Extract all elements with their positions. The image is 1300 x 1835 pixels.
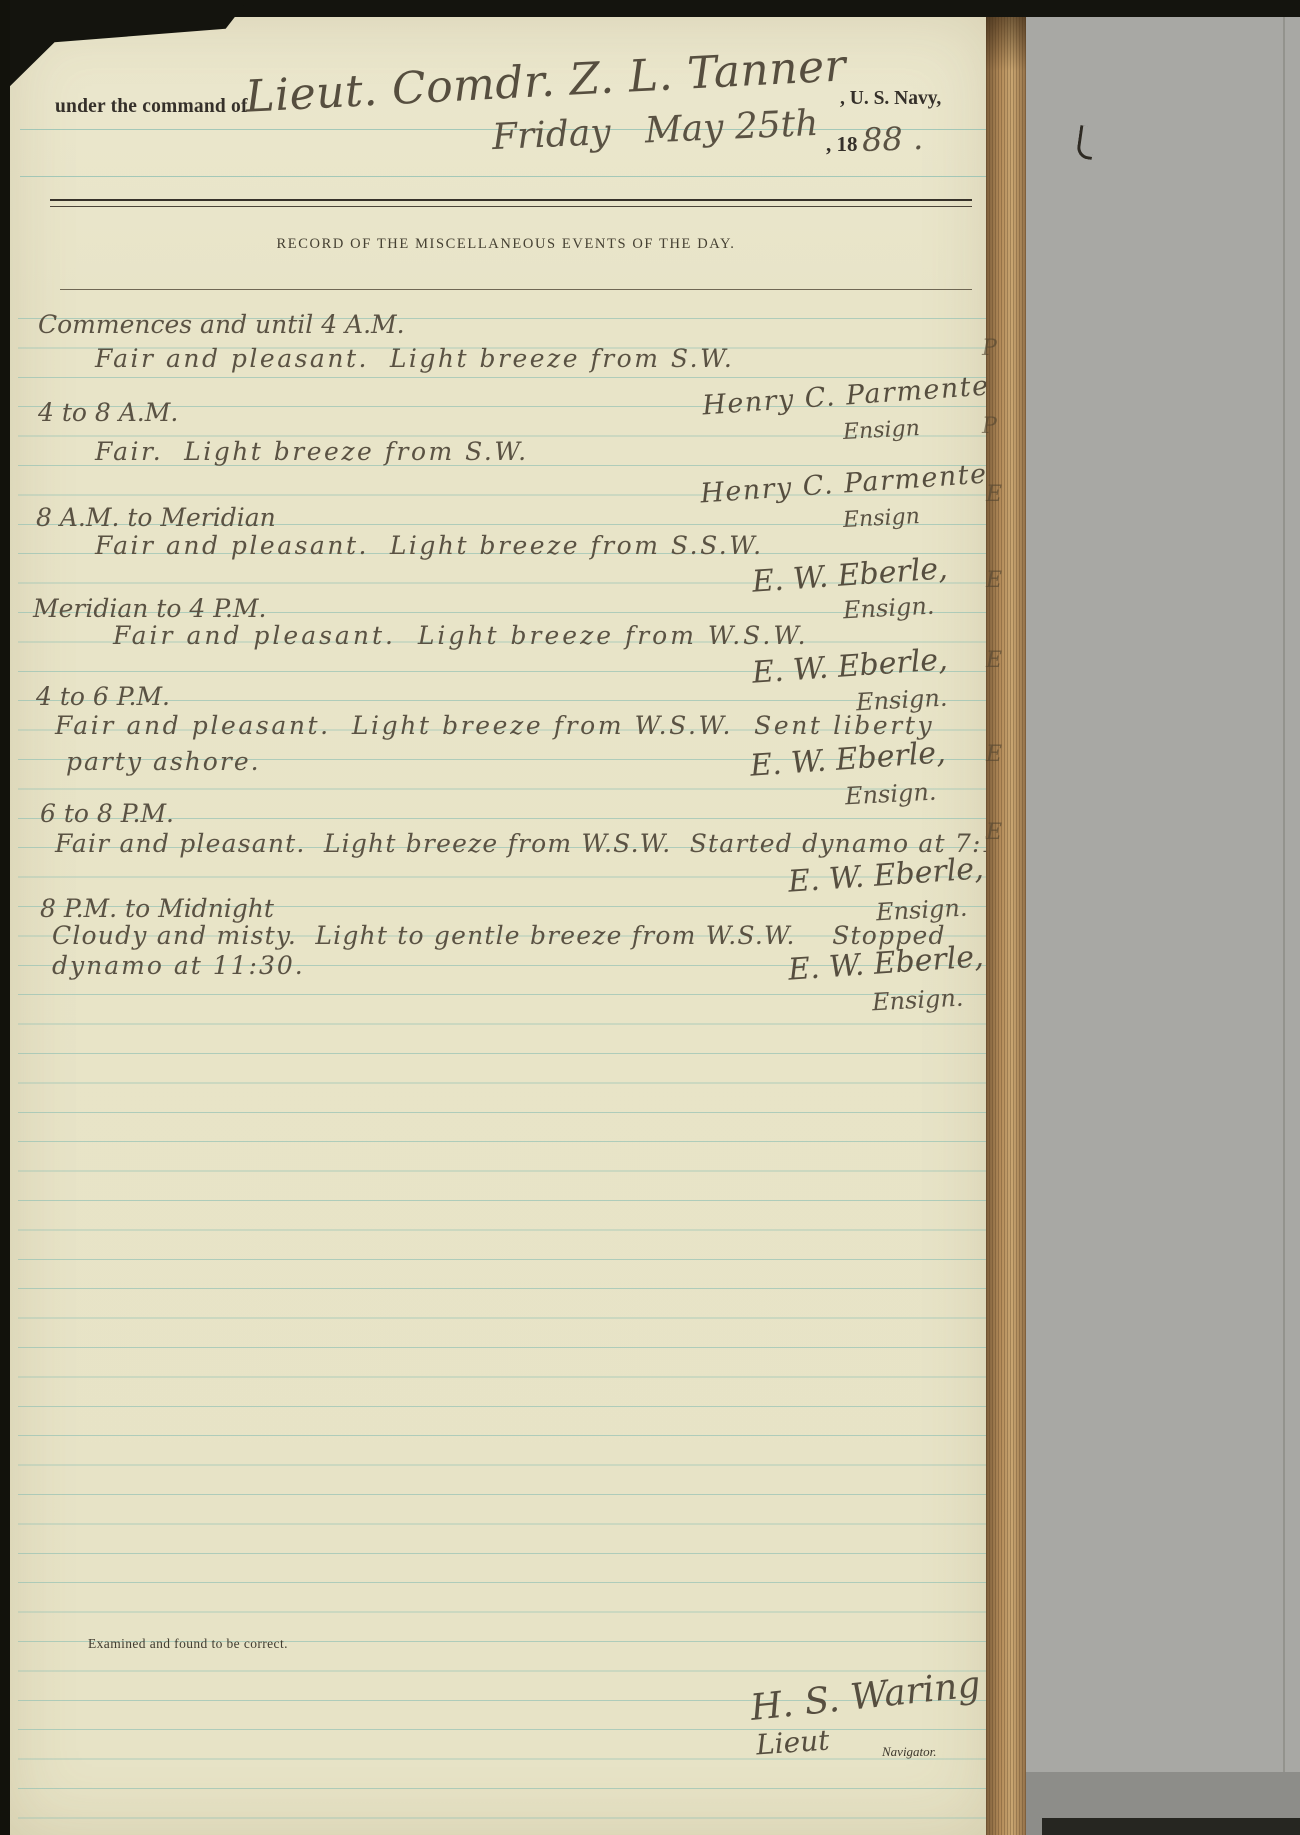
margin-initial: E (986, 568, 1002, 593)
entry-0-rank: Ensign (842, 416, 920, 445)
examined-label: Examined and found to be correct. (88, 1636, 288, 1652)
scan-background-line (1283, 0, 1285, 1835)
header-ruled-line (20, 176, 986, 177)
margin-initial: P (982, 336, 997, 361)
margin-initial: E (986, 648, 1002, 673)
entry-1-time: 4 to 8 A.M. (38, 398, 178, 427)
entry-1-rank: Ensign (842, 504, 920, 533)
entry-2-time: 8 A.M. to Meridian (36, 503, 276, 532)
header-double-rule (50, 199, 972, 207)
section-title: RECORD OF THE MISCELLANEOUS EVENTS OF TH… (45, 236, 967, 253)
scan-background (1026, 0, 1300, 1835)
section-rule (60, 289, 972, 290)
entry-6-time: 8 P.M. to Midnight (40, 894, 274, 923)
margin-initial: E (986, 482, 1002, 507)
entry-4-body-2: party ashore. (66, 747, 261, 776)
entry-3-time: Meridian to 4 P.M. (33, 594, 266, 623)
margin-initial: P (982, 414, 997, 439)
entry-0-time: Commences and until 4 A.M. (38, 310, 405, 339)
entry-4-rank: Ensign. (844, 778, 937, 811)
entry-6-body-1: Cloudy and misty. Light to gentle breeze… (52, 921, 946, 950)
printed-navigator-label: Navigator. (882, 1744, 937, 1760)
binding-edge (0, 0, 10, 1835)
navigator-rank-handwritten: Lieut (755, 1723, 831, 1761)
thread-mark (1076, 125, 1096, 160)
entry-4-body-1: Fair and pleasant. Light breeze from W.S… (55, 711, 934, 740)
entry-3-body: Fair and pleasant. Light breeze from W.S… (113, 621, 809, 650)
entry-1-body: Fair. Light breeze from S.W. (95, 437, 529, 466)
year-handwritten: 88 . (861, 119, 923, 159)
entry-5-time: 6 to 8 P.M. (40, 799, 174, 828)
book-fore-edge (986, 16, 1026, 1835)
logbook-page-photo: under the command of Lieut. Comdr. Z. L.… (0, 0, 1300, 1835)
printed-under-command-label: under the command of (55, 96, 248, 118)
printed-year-prefix: , 18 (826, 132, 858, 157)
entry-5-body: Fair and pleasant. Light breeze from W.S… (55, 829, 1025, 858)
printed-us-navy-label: , U. S. Navy, (840, 88, 941, 110)
entry-6-rank: Ensign. (871, 984, 964, 1017)
margin-initial: E (986, 820, 1002, 845)
entry-2-rank: Ensign. (842, 592, 935, 625)
scan-background-edge (1042, 1818, 1300, 1835)
entry-6-body-2: dynamo at 11:30. (52, 951, 305, 980)
entry-4-time: 4 to 6 P.M. (36, 682, 170, 711)
entry-0-body: Fair and pleasant. Light breeze from S.W… (95, 344, 734, 373)
margin-initial: E (986, 742, 1002, 767)
entry-2-body: Fair and pleasant. Light breeze from S.S… (95, 531, 764, 560)
